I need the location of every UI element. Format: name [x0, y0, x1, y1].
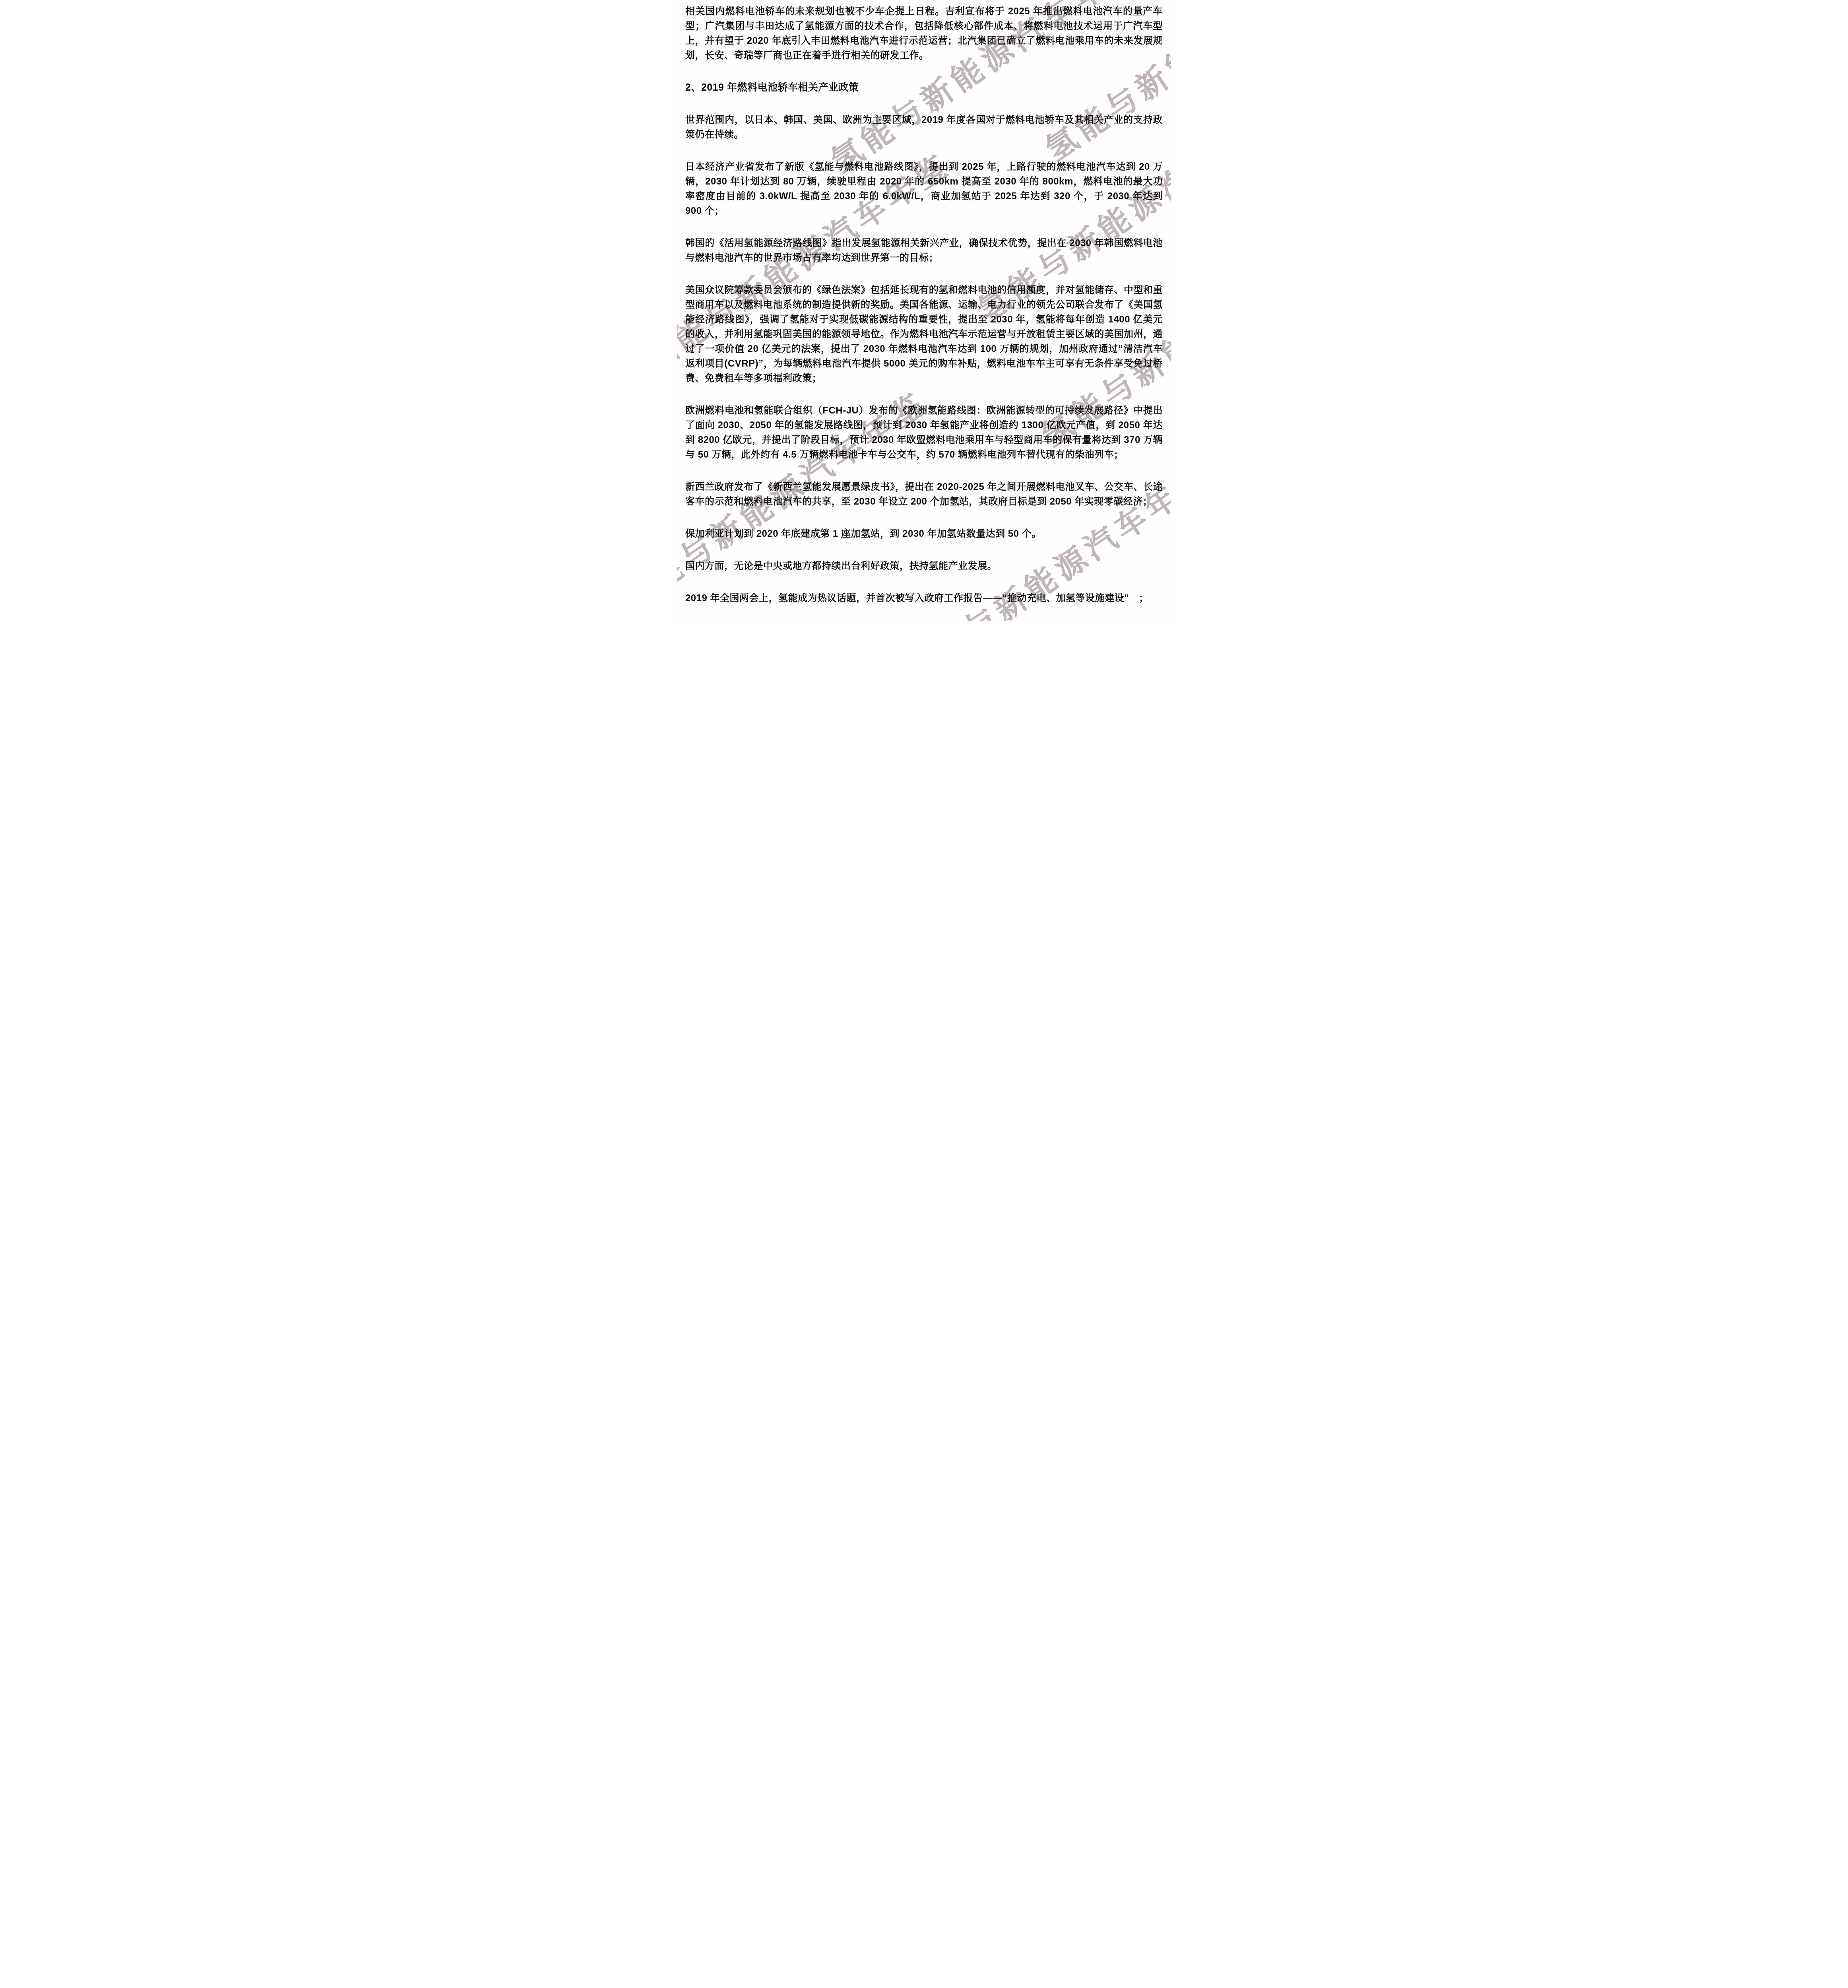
paragraph-two-sessions: 2019 年全国两会上，氢能成为热议话题，并首次被写入政府工作报告——“推动充电…	[685, 591, 1163, 606]
paragraph-new-zealand-policy: 新西兰政府发布了《新西兰氢能发展愿景绿皮书》，提出在 2020-2025 年之间…	[685, 480, 1163, 509]
paragraph-korea-policy: 韩国的《活用氢能源经济路线图》指出发展氢能源相关新兴产业，确保技术优势，提出在 …	[685, 236, 1163, 265]
section-heading: 2、2019 年燃料电池轿车相关产业政策	[685, 80, 1163, 95]
document-content: 相关国内燃料电池轿车的未来规划也被不少车企提上日程。吉利宣布将于 2025 年推…	[685, 4, 1163, 621]
paragraph-china-domestic-policy: 国内方面，无论是中央或地方都持续出台利好政策，扶持氢能产业发展。	[685, 559, 1163, 573]
paragraph-europe-policy: 欧洲燃料电池和氢能联合组织（FCH-JU）发布的《欧洲氢能路线图：欧洲能源转型的…	[685, 403, 1163, 462]
document-page: 氢能与新能源汽车年鉴 氢能与新能源汽车年鉴 氢能与新能源汽车年鉴 氢能与新能源汽…	[677, 0, 1171, 621]
paragraph-bulgaria-policy: 保加利亚计划到 2020 年底建成第 1 座加氢站，到 2030 年加氢站数量达…	[685, 526, 1163, 541]
paragraph-japan-policy: 日本经济产业省发布了新版《氢能与燃料电池路线图》，提出到 2025 年，上路行驶…	[685, 159, 1163, 218]
paragraph-world-overview: 世界范围内，以日本、韩国、美国、欧洲为主要区域，2019 年度各国对于燃料电池轿…	[685, 113, 1163, 142]
paragraph-domestic-automaker-plans: 相关国内燃料电池轿车的未来规划也被不少车企提上日程。吉利宣布将于 2025 年推…	[685, 4, 1163, 63]
paragraph-usa-policy: 美国众议院筹款委员会颁布的《绿色法案》包括延长现有的氢和燃料电池的信用额度，并对…	[685, 283, 1163, 386]
